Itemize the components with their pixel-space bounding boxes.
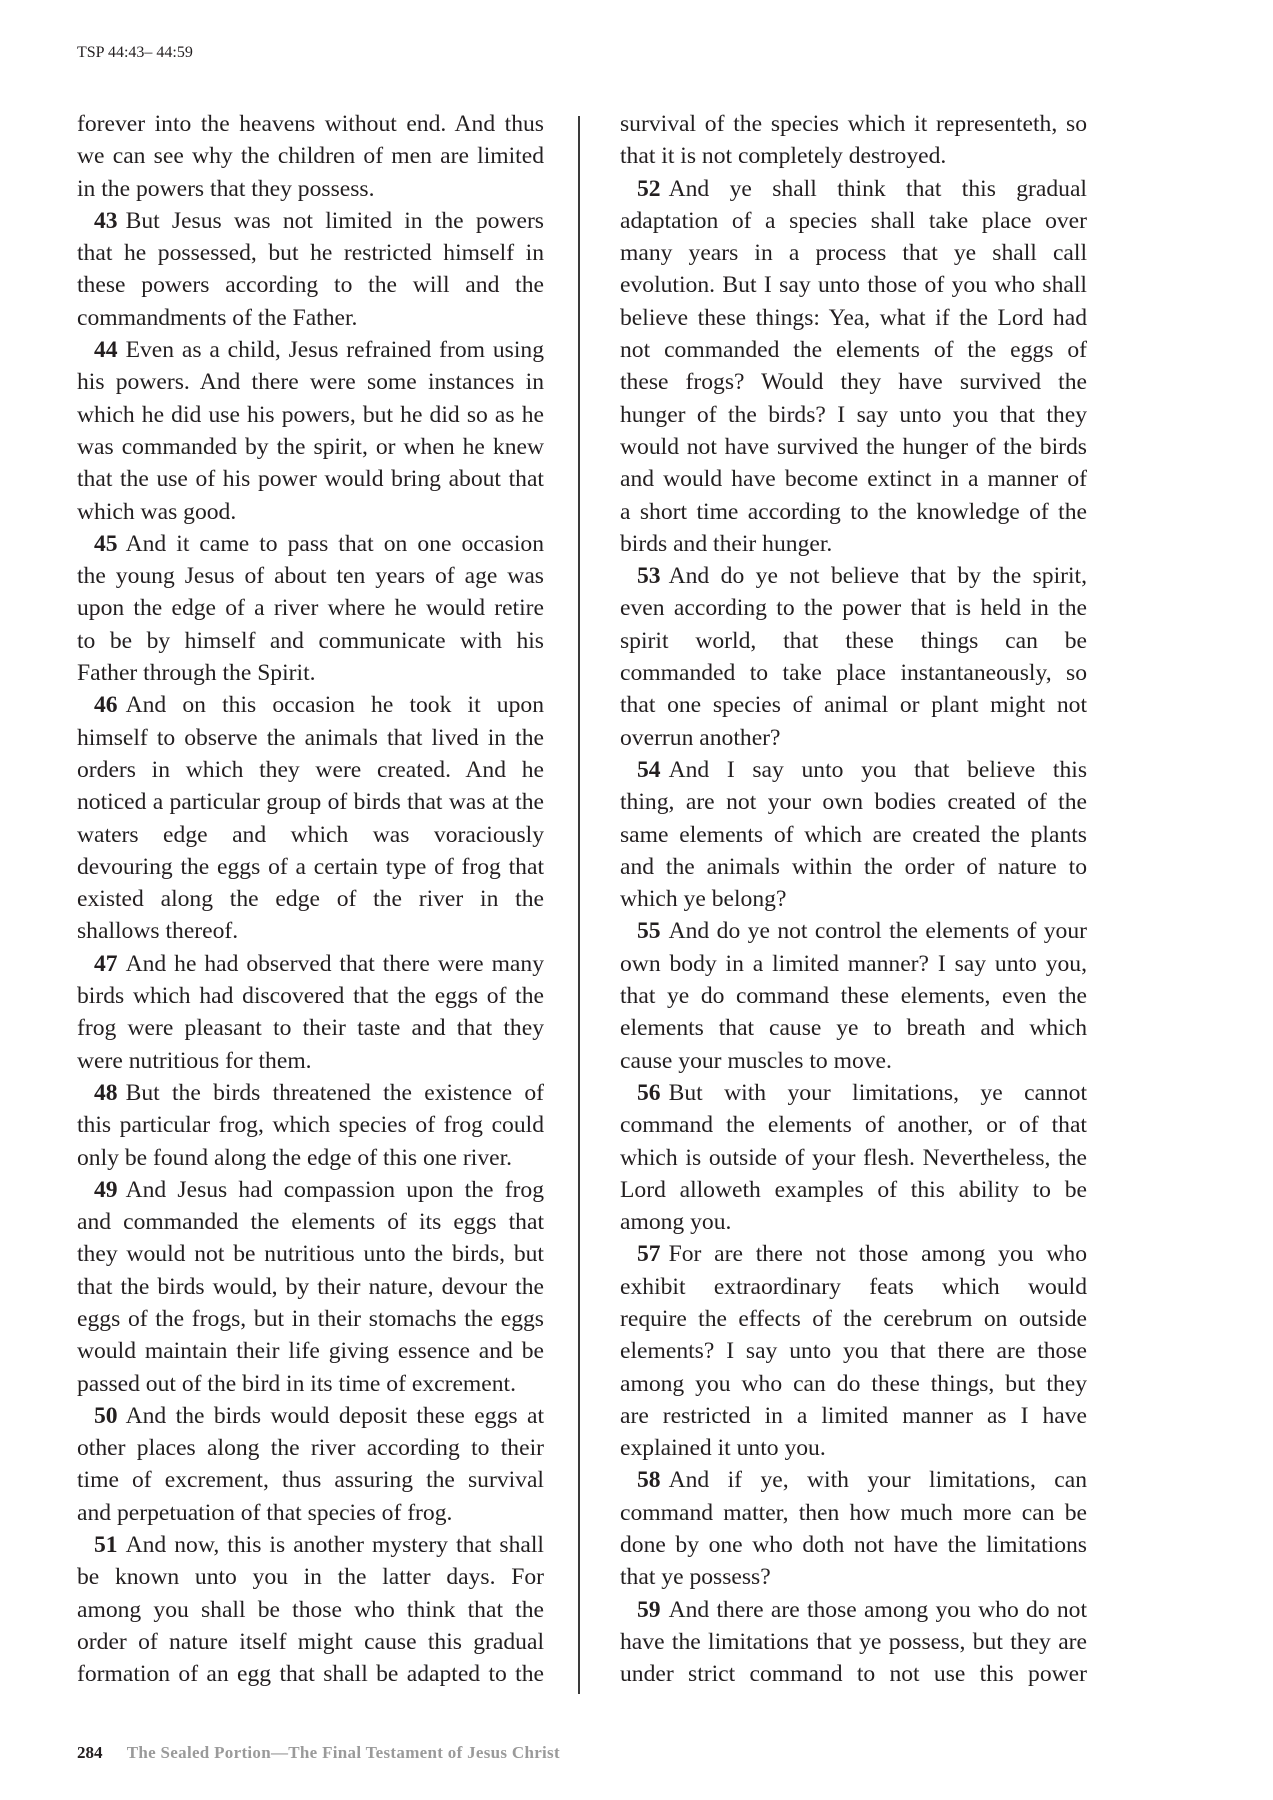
text-line: not commanded the elements of the eggs o… (620, 334, 1087, 366)
line-text: have the limitations that ye possess, bu… (620, 1629, 1087, 1655)
line-text: devouring the eggs of a certain type of … (77, 854, 544, 880)
verse-start-line: 54And I say unto you that believe this (620, 754, 1087, 786)
page-footer: 284 The Sealed Portion—The Final Testame… (77, 1743, 560, 1763)
line-text: For are there not those among you who (669, 1241, 1087, 1267)
verse-start-line: 51And now, this is another mystery that … (77, 1529, 544, 1561)
text-line: elements that cause ye to breath and whi… (620, 1012, 1087, 1044)
text-line: which he did use his powers, but he did … (77, 399, 544, 431)
verse-start-line: 58And if ye, with your limitations, can (620, 1464, 1087, 1496)
text-line: same elements of which are created the p… (620, 819, 1087, 851)
line-text: And now, this is another mystery that sh… (126, 1532, 544, 1558)
line-text: these frogs? Would they have survived th… (620, 369, 1087, 395)
text-line: explained it unto you. (620, 1432, 1087, 1464)
line-text: himself to observe the animals that live… (77, 725, 544, 751)
verse-start-line: 52And ye shall think that this gradual (620, 173, 1087, 205)
verse-number: 56 (637, 1080, 661, 1106)
line-text: hunger of the birds? I say unto you that… (620, 402, 1087, 428)
line-text: orders in which they were created. And h… (77, 757, 544, 783)
text-line: that he possessed, but he restricted him… (77, 237, 544, 269)
line-text: command matter, then how much more can b… (620, 1500, 1087, 1526)
text-line: birds and their hunger. (620, 528, 1087, 560)
verse-start-line: 46And on this occasion he took it upon (77, 689, 544, 721)
verse-number: 44 (94, 337, 118, 363)
text-line: evolution. But I say unto those of you w… (620, 269, 1087, 301)
line-text: Lord alloweth examples of this ability t… (620, 1177, 1087, 1203)
text-line: eggs of the frogs, but in their stomachs… (77, 1303, 544, 1335)
line-text: order of nature itself might cause this … (77, 1629, 544, 1655)
text-line: cause your muscles to move. (620, 1045, 1087, 1077)
text-line: believe these things: Yea, what if the L… (620, 302, 1087, 334)
verse-start-line: 44Even as a child, Jesus refrained from … (77, 334, 544, 366)
text-line: frog were pleasant to their taste and th… (77, 1012, 544, 1044)
verse-number: 57 (637, 1241, 661, 1267)
line-text: existed along the edge of the river in t… (77, 886, 544, 912)
line-text: which was good. (77, 499, 236, 525)
column-divider (578, 116, 580, 1694)
line-text: cause your muscles to move. (620, 1048, 892, 1074)
line-text: that ye possess? (620, 1564, 771, 1590)
text-line: these frogs? Would they have survived th… (620, 366, 1087, 398)
text-line: many years in a process that ye shall ca… (620, 237, 1087, 269)
line-text: only be found along the edge of this one… (77, 1145, 512, 1171)
text-line: waters edge and which was voraciously (77, 819, 544, 851)
text-line: thing, are not your own bodies created o… (620, 786, 1087, 818)
left-column: forever into the heavens without end. An… (77, 108, 544, 1691)
text-line: were nutritious for them. (77, 1045, 544, 1077)
line-text: be known unto you in the latter days. Fo… (77, 1564, 544, 1590)
verse-number: 50 (94, 1403, 118, 1429)
text-line: among you who can do these things, but t… (620, 1368, 1087, 1400)
line-text: shallows thereof. (77, 918, 238, 944)
text-line: hunger of the birds? I say unto you that… (620, 399, 1087, 431)
line-text: And the birds would deposit these eggs a… (126, 1403, 544, 1429)
text-line: order of nature itself might cause this … (77, 1626, 544, 1658)
line-text: waters edge and which was voraciously (77, 822, 544, 848)
text-line: only be found along the edge of this one… (77, 1142, 544, 1174)
line-text: they would not be nutritious unto the bi… (77, 1241, 544, 1267)
verse-number: 52 (637, 176, 661, 202)
line-text: are restricted in a limited manner as I … (620, 1403, 1087, 1429)
text-line: was commanded by the spirit, or when he … (77, 431, 544, 463)
line-text: among you who can do these things, but t… (620, 1371, 1087, 1397)
line-text: other places along the river according t… (77, 1435, 544, 1461)
line-text: would not have survived the hunger of th… (620, 434, 1087, 460)
line-text: survival of the species which it represe… (620, 111, 1087, 137)
verse-start-line: 56But with your limitations, ye cannot (620, 1077, 1087, 1109)
text-line: forever into the heavens without end. An… (77, 108, 544, 140)
text-line: adaptation of a species shall take place… (620, 205, 1087, 237)
verse-number: 46 (94, 692, 118, 718)
line-text: And I say unto you that believe this (669, 757, 1087, 783)
line-text: time of excrement, thus assuring the sur… (77, 1467, 544, 1493)
line-text: among you shall be those who think that … (77, 1597, 544, 1623)
line-text: elements that cause ye to breath and whi… (620, 1015, 1087, 1041)
line-text: exhibit extraordinary feats which would (620, 1274, 1087, 1300)
line-text: adaptation of a species shall take place… (620, 208, 1087, 234)
text-line: himself to observe the animals that live… (77, 722, 544, 754)
text-line: would not have survived the hunger of th… (620, 431, 1087, 463)
line-text: this particular frog, which species of f… (77, 1112, 544, 1138)
line-text: But Jesus was not limited in the powers (126, 208, 544, 234)
text-line: would maintain their life giving essence… (77, 1335, 544, 1367)
line-text: birds and their hunger. (620, 531, 832, 557)
line-text: Father through the Spirit. (77, 660, 316, 686)
line-text: And he had observed that there were many (126, 951, 544, 977)
verse-number: 54 (637, 757, 661, 783)
text-line: even according to the power that is held… (620, 592, 1087, 624)
line-text: upon the edge of a river where he would … (77, 595, 544, 621)
line-text: even according to the power that is held… (620, 595, 1087, 621)
line-text: explained it unto you. (620, 1435, 826, 1461)
text-line: elements? I say unto you that there are … (620, 1335, 1087, 1367)
line-text: birds which had discovered that the eggs… (77, 983, 544, 1009)
line-text: And on this occasion he took it upon (126, 692, 544, 718)
text-line: are restricted in a limited manner as I … (620, 1400, 1087, 1432)
page-number: 284 (77, 1743, 103, 1762)
text-line: we can see why the children of men are l… (77, 140, 544, 172)
line-text: that it is not completely destroyed. (620, 143, 946, 169)
text-line: existed along the edge of the river in t… (77, 883, 544, 915)
text-line: his powers. And there were some instance… (77, 366, 544, 398)
text-line: orders in which they were created. And h… (77, 754, 544, 786)
text-line: require the effects of the cerebrum on o… (620, 1303, 1087, 1335)
verse-number: 49 (94, 1177, 118, 1203)
text-line: that ye possess? (620, 1561, 1087, 1593)
text-line: noticed a particular group of birds that… (77, 786, 544, 818)
verse-start-line: 47And he had observed that there were ma… (77, 948, 544, 980)
line-text: And it came to pass that on one occasion (126, 531, 544, 557)
verse-start-line: 49And Jesus had compassion upon the frog (77, 1174, 544, 1206)
line-text: frog were pleasant to their taste and th… (77, 1015, 544, 1041)
text-line: and would have become extinct in a manne… (620, 463, 1087, 495)
line-text: we can see why the children of men are l… (77, 143, 544, 169)
line-text: these powers according to the will and t… (77, 272, 544, 298)
text-line: exhibit extraordinary feats which would (620, 1271, 1087, 1303)
text-line: command matter, then how much more can b… (620, 1497, 1087, 1529)
text-line: passed out of the bird in its time of ex… (77, 1368, 544, 1400)
text-line: which is outside of your flesh. Neverthe… (620, 1142, 1087, 1174)
line-text: that he possessed, but he restricted him… (77, 240, 544, 266)
text-line: be known unto you in the latter days. Fo… (77, 1561, 544, 1593)
text-line: this particular frog, which species of f… (77, 1109, 544, 1141)
text-line: and commanded the elements of its eggs t… (77, 1206, 544, 1238)
line-text: and commanded the elements of its eggs t… (77, 1209, 544, 1235)
line-text: which is outside of your flesh. Neverthe… (620, 1145, 1087, 1171)
text-line: spirit world, that these things can be (620, 625, 1087, 657)
text-line: the young Jesus of about ten years of ag… (77, 560, 544, 592)
verse-start-line: 55And do ye not control the elements of … (620, 915, 1087, 947)
text-line: they would not be nutritious unto the bi… (77, 1238, 544, 1270)
line-text: a short time according to the knowledge … (620, 499, 1087, 525)
line-text: among you. (620, 1209, 731, 1235)
line-text: own body in a limited manner? I say unto… (620, 951, 1087, 977)
line-text: forever into the heavens without end. An… (77, 111, 544, 137)
right-column: survival of the species which it represe… (620, 108, 1087, 1691)
line-text: that ye do command these elements, even … (620, 983, 1087, 1009)
line-text: the young Jesus of about ten years of ag… (77, 563, 544, 589)
line-text: And Jesus had compassion upon the frog (126, 1177, 544, 1203)
text-line: which was good. (77, 496, 544, 528)
text-line: a short time according to the knowledge … (620, 496, 1087, 528)
line-text: commandments of the Father. (77, 305, 357, 331)
text-line: that one species of animal or plant migh… (620, 689, 1087, 721)
verse-start-line: 48But the birds threatened the existence… (77, 1077, 544, 1109)
line-text: was commanded by the spirit, or when he … (77, 434, 544, 460)
text-line: and the animals within the order of natu… (620, 851, 1087, 883)
book-title: The Sealed Portion—The Final Testament o… (127, 1743, 560, 1762)
text-line: done by one who doth not have the limita… (620, 1529, 1087, 1561)
line-text: same elements of which are created the p… (620, 822, 1087, 848)
line-text: under strict command to not use this pow… (620, 1661, 1087, 1687)
line-text: to be by himself and communicate with hi… (77, 628, 544, 654)
line-text: command the elements of another, or of t… (620, 1112, 1087, 1138)
line-text: and would have become extinct in a manne… (620, 466, 1087, 492)
text-line: upon the edge of a river where he would … (77, 592, 544, 624)
verse-start-line: 57For are there not those among you who (620, 1238, 1087, 1270)
line-text: not commanded the elements of the eggs o… (620, 337, 1087, 363)
verse-number: 48 (94, 1080, 118, 1106)
verse-number: 51 (94, 1532, 118, 1558)
line-text: eggs of the frogs, but in their stomachs… (77, 1306, 544, 1332)
line-text: his powers. And there were some instance… (77, 369, 544, 395)
text-line: these powers according to the will and t… (77, 269, 544, 301)
verse-number: 53 (637, 563, 661, 589)
text-line: time of excrement, thus assuring the sur… (77, 1464, 544, 1496)
line-text: But the birds threatened the existence o… (126, 1080, 544, 1106)
line-text: And if ye, with your limitations, can (669, 1467, 1087, 1493)
text-line: to be by himself and communicate with hi… (77, 625, 544, 657)
line-text: overrun another? (620, 725, 781, 751)
text-line: that ye do command these elements, even … (620, 980, 1087, 1012)
line-text: in the powers that they possess. (77, 176, 375, 202)
verse-number: 55 (637, 918, 661, 944)
text-line: which ye belong? (620, 883, 1087, 915)
line-text: done by one who doth not have the limita… (620, 1532, 1087, 1558)
text-line: overrun another? (620, 722, 1087, 754)
text-line: own body in a limited manner? I say unto… (620, 948, 1087, 980)
line-text: evolution. But I say unto those of you w… (620, 272, 1087, 298)
text-line: devouring the eggs of a certain type of … (77, 851, 544, 883)
line-text: that one species of animal or plant migh… (620, 692, 1087, 718)
text-line: Lord alloweth examples of this ability t… (620, 1174, 1087, 1206)
text-line: survival of the species which it represe… (620, 108, 1087, 140)
text-line: among you shall be those who think that … (77, 1594, 544, 1626)
verse-number: 43 (94, 208, 118, 234)
line-text: would maintain their life giving essence… (77, 1338, 544, 1364)
line-text: And do ye not control the elements of yo… (669, 918, 1087, 944)
line-text: that the birds would, by their nature, d… (77, 1274, 544, 1300)
line-text: require the effects of the cerebrum on o… (620, 1306, 1087, 1332)
text-line: other places along the river according t… (77, 1432, 544, 1464)
text-line: that the birds would, by their nature, d… (77, 1271, 544, 1303)
line-text: And ye shall think that this gradual (669, 176, 1087, 202)
line-text: elements? I say unto you that there are … (620, 1338, 1087, 1364)
verse-start-line: 45And it came to pass that on one occasi… (77, 528, 544, 560)
verse-number: 58 (637, 1467, 661, 1493)
text-line: birds which had discovered that the eggs… (77, 980, 544, 1012)
line-text: spirit world, that these things can be (620, 628, 1087, 654)
verse-start-line: 43But Jesus was not limited in the power… (77, 205, 544, 237)
text-line: that the use of his power would bring ab… (77, 463, 544, 495)
line-text: But with your limitations, ye cannot (669, 1080, 1087, 1106)
line-text: thing, are not your own bodies created o… (620, 789, 1087, 815)
line-text: Even as a child, Jesus refrained from us… (126, 337, 544, 363)
line-text: and the animals within the order of natu… (620, 854, 1087, 880)
verse-number: 59 (637, 1597, 661, 1623)
text-line: formation of an egg that shall be adapte… (77, 1658, 544, 1690)
text-line: Father through the Spirit. (77, 657, 544, 689)
text-line: commandments of the Father. (77, 302, 544, 334)
line-text: passed out of the bird in its time of ex… (77, 1371, 516, 1397)
text-line: commanded to take place instantaneously,… (620, 657, 1087, 689)
text-line: shallows thereof. (77, 915, 544, 947)
text-line: under strict command to not use this pow… (620, 1658, 1087, 1690)
text-line: have the limitations that ye possess, bu… (620, 1626, 1087, 1658)
line-text: commanded to take place instantaneously,… (620, 660, 1087, 686)
text-line: command the elements of another, or of t… (620, 1109, 1087, 1141)
line-text: which ye belong? (620, 886, 786, 912)
text-line: that it is not completely destroyed. (620, 140, 1087, 172)
line-text: formation of an egg that shall be adapte… (77, 1661, 544, 1687)
line-text: that the use of his power would bring ab… (77, 466, 544, 492)
verse-start-line: 53And do ye not believe that by the spir… (620, 560, 1087, 592)
line-text: which he did use his powers, but he did … (77, 402, 544, 428)
line-text: believe these things: Yea, what if the L… (620, 305, 1087, 331)
verse-start-line: 59And there are those among you who do n… (620, 1594, 1087, 1626)
text-line: among you. (620, 1206, 1087, 1238)
line-text: and perpetuation of that species of frog… (77, 1500, 452, 1526)
line-text: noticed a particular group of birds that… (77, 789, 544, 815)
line-text: And there are those among you who do not (669, 1597, 1087, 1623)
line-text: And do ye not believe that by the spirit… (669, 563, 1087, 589)
verse-number: 45 (94, 531, 118, 557)
verse-number: 47 (94, 951, 118, 977)
text-line: in the powers that they possess. (77, 173, 544, 205)
running-head: TSP 44:43– 44:59 (77, 44, 193, 62)
verse-start-line: 50And the birds would deposit these eggs… (77, 1400, 544, 1432)
line-text: many years in a process that ye shall ca… (620, 240, 1087, 266)
text-line: and perpetuation of that species of frog… (77, 1497, 544, 1529)
line-text: were nutritious for them. (77, 1048, 312, 1074)
